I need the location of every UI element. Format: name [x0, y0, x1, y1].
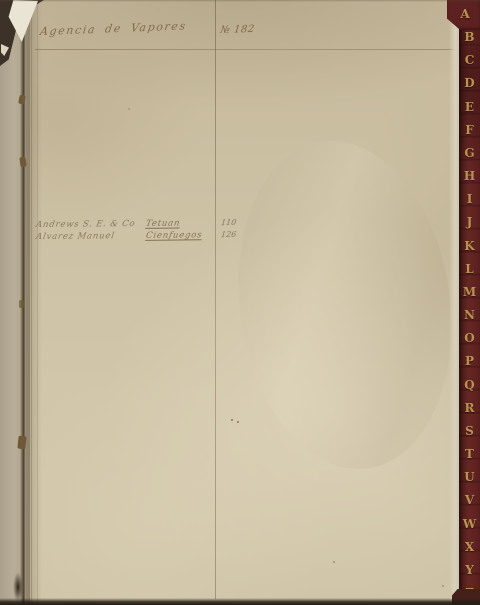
entry-name: Andrews S. E. & Co [35, 219, 136, 230]
index-tab-o: O [459, 331, 480, 345]
index-tab-e: E [459, 100, 480, 114]
paper-speck [442, 585, 444, 587]
index-tab-d: D [459, 76, 480, 90]
alphabet-index [459, 0, 480, 605]
top-edge-shadow [0, 0, 480, 2]
entry-ship-name: Tetuan [145, 218, 181, 228]
index-tab-c: C [459, 53, 480, 67]
ledger-scan: Agencia de Vapores № 182 Andrews S. E. &… [0, 0, 480, 605]
index-tab-h: H [459, 169, 480, 183]
stitch-mark [19, 157, 26, 168]
folio-number: № 182 [220, 24, 255, 36]
index-tab-y: Y [459, 563, 480, 577]
index-tab-p: P [459, 354, 480, 368]
index-tab-q: Q [459, 378, 480, 392]
paper-speck [128, 108, 130, 110]
index-tab-a: A [452, 7, 478, 21]
index-tab-k: K [459, 239, 480, 253]
index-tab-x: X [459, 540, 480, 554]
paper-speck [237, 421, 239, 423]
index-tab-g: G [459, 146, 480, 160]
index-tab-v: V [459, 493, 480, 507]
gutter-shadow [26, 0, 42, 605]
paper-speck [231, 419, 233, 421]
index-tab-f: F [459, 123, 480, 137]
margin-line [31, 0, 32, 605]
index-tab-u: U [459, 470, 480, 484]
index-tab-r: R [459, 401, 480, 415]
index-tab-i: I [459, 192, 480, 206]
index-tab-b: B [459, 30, 480, 44]
index-tab-t: T [459, 447, 480, 461]
stitch-mark [19, 300, 24, 308]
index-tab-w: W [459, 517, 480, 531]
heading-rule [35, 49, 456, 50]
stitch-mark [17, 436, 26, 450]
index-tab-m: M [459, 285, 480, 299]
entry-name: Alvarez Manuel [35, 231, 115, 242]
entry-ship-name: Cienfuegos [145, 230, 203, 241]
margin-line [37, 0, 38, 605]
entry-page-number: 110 [220, 218, 236, 227]
bottom-edge-shadow [0, 598, 480, 605]
paper-speck [333, 561, 335, 563]
entry-page-number: 126 [220, 229, 236, 238]
index-tab-s: S [459, 424, 480, 438]
index-tab-n: N [459, 308, 480, 322]
index-tab-j: J [459, 215, 480, 229]
index-tab-l: L [459, 262, 480, 276]
column-rule [215, 0, 216, 599]
